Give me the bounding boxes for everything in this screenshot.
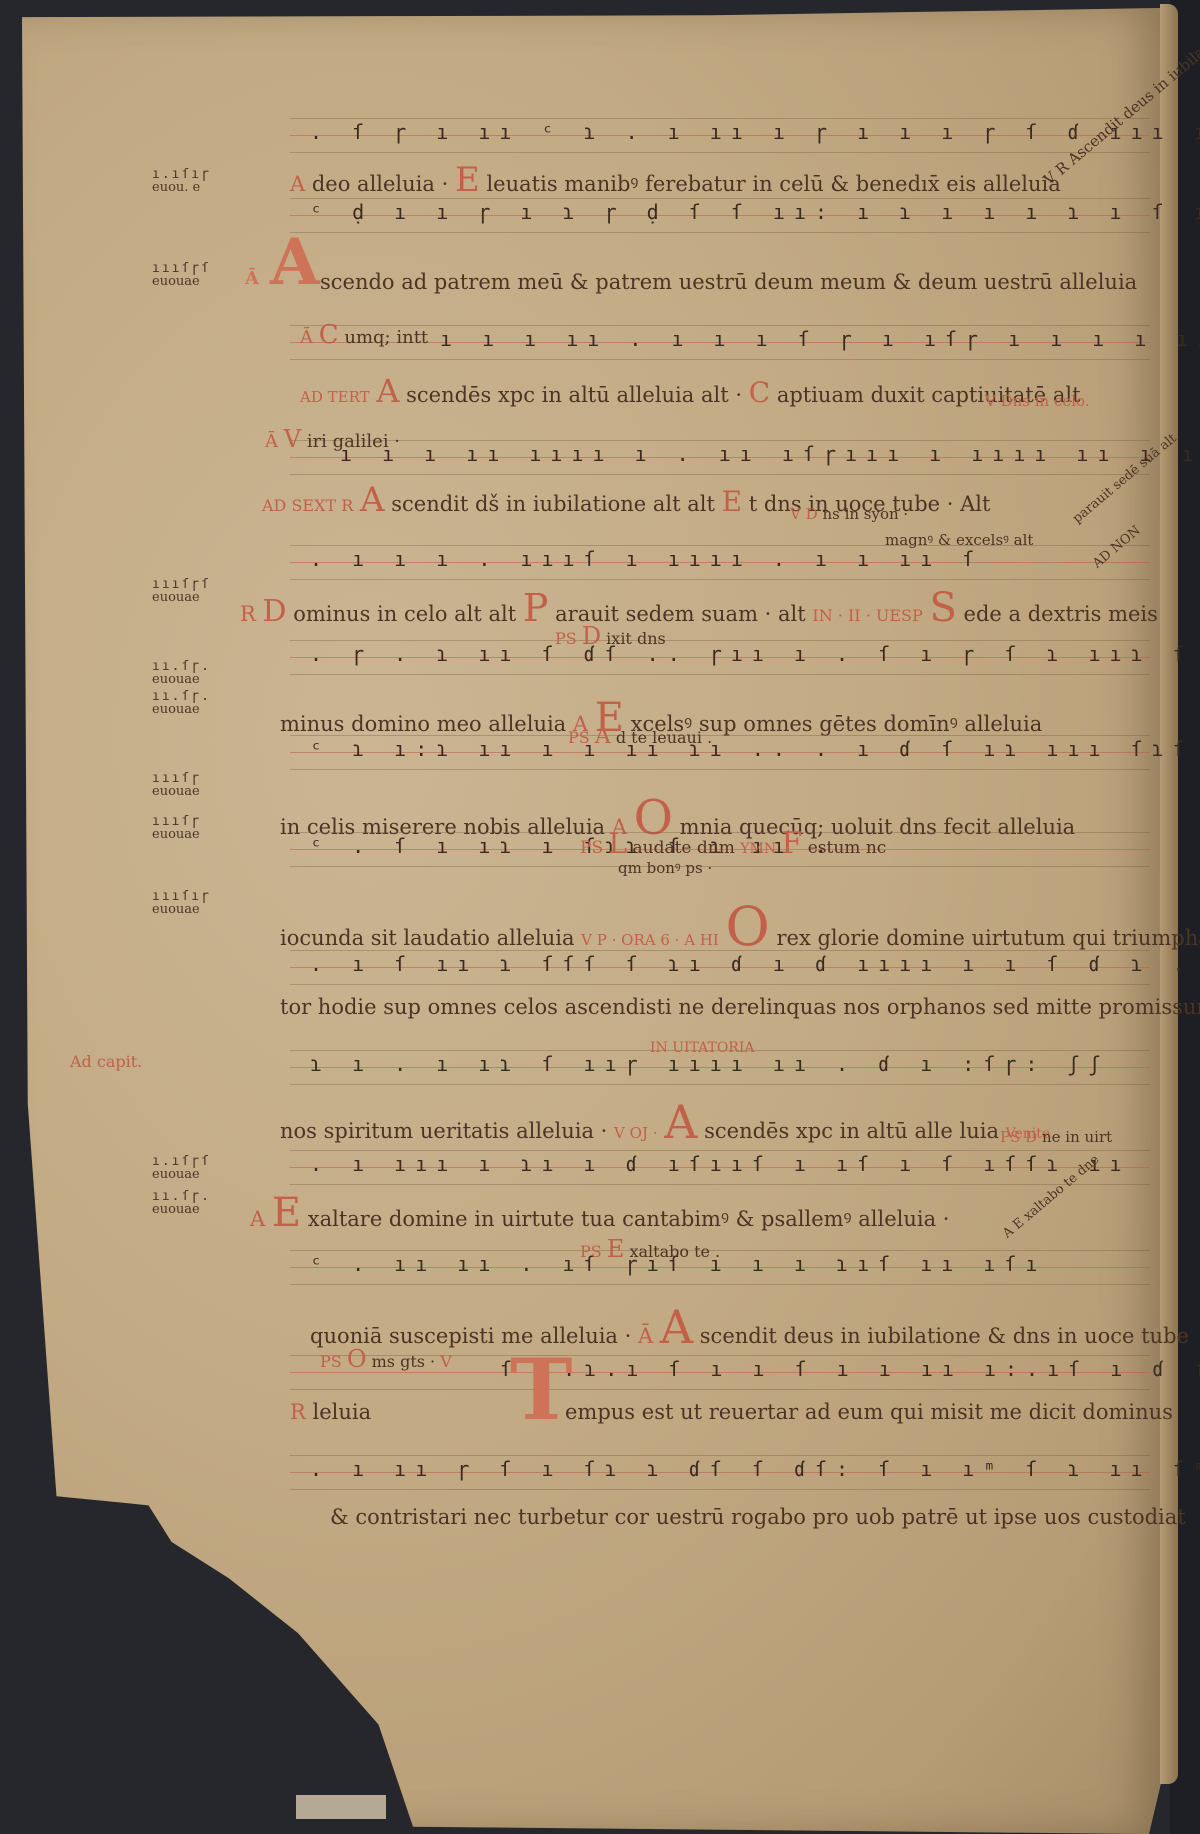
versicle-rubric: V Dns in celo. bbox=[985, 392, 1090, 410]
initial-letter: E bbox=[722, 485, 742, 518]
chant-text: qm bonꝰ ps · bbox=[618, 858, 712, 878]
office-rubric: AD TERT bbox=[300, 388, 370, 406]
psalm-rubric: PS bbox=[320, 1352, 342, 1371]
initial-letter-large: T bbox=[510, 1340, 573, 1439]
chant-text: scendit deus in iubilatione & dns in uoc… bbox=[700, 1324, 1189, 1348]
chant-text: ne in uirt bbox=[1042, 1128, 1112, 1146]
repair-tape bbox=[296, 1795, 386, 1819]
neumes: . ı ı ı . ıııſ ı ıııı . ı ı ıı ſ bbox=[310, 547, 983, 571]
office-rubric: V P · ORA 6 · A HI bbox=[581, 931, 719, 949]
neumes: . ı ſ ıı ɿ ſſſ ſ ɿı ɗ ı ɗ ıııı ı ı ſ ɗ ɿ… bbox=[310, 952, 1200, 976]
office-rubric: AD SEXT R bbox=[262, 496, 353, 515]
margin-differentia: ı.ıſıɼeuou. e bbox=[152, 168, 211, 194]
chant-text: minus domino meo alleluia bbox=[280, 712, 566, 736]
chant-text: nos spiritum ueritatis alleluia · bbox=[280, 1119, 607, 1143]
antiphon-rubric: A bbox=[290, 172, 305, 196]
margin-differentia: ıııſıɼeuouae bbox=[152, 890, 211, 916]
initial-letter: L bbox=[609, 827, 628, 860]
chant-text: ns in syon · bbox=[822, 505, 908, 523]
versicle-rubric: V bbox=[790, 505, 801, 523]
chant-text: ede a dextris meis bbox=[964, 602, 1158, 626]
psalm-rubric: PS bbox=[555, 629, 577, 648]
margin-differentia: ıııſɼeuouae bbox=[152, 815, 201, 841]
chant-text: ominus in celo alt alt bbox=[293, 602, 516, 626]
initial-letter: A bbox=[595, 724, 611, 749]
psalm-rubric: PS bbox=[580, 838, 603, 858]
neumes: ᶜ ɿ ı:ɿ ıı ı ı ıı ɿı .. . ı ɗ ſ ıɿ ııı ſ… bbox=[310, 737, 1200, 761]
antiphon-rubric: A bbox=[250, 1207, 265, 1231]
versicle-rubric: V OJ · bbox=[614, 1124, 657, 1142]
chant-text: & contristari nec turbetur cor uestrū ro… bbox=[330, 1505, 1186, 1529]
antiphon-rubric: Ā bbox=[638, 1324, 653, 1348]
initial-letter: O bbox=[726, 895, 770, 958]
margin-differentia: ıı.ſɼ.euouae bbox=[152, 690, 211, 716]
initial-letter: A bbox=[660, 1300, 693, 1354]
versicle-rubric: V bbox=[440, 1352, 452, 1371]
antiphon-rubric: Ā bbox=[245, 268, 259, 289]
initial-letter: P bbox=[523, 586, 549, 630]
initial-letter: E bbox=[455, 160, 480, 200]
initial-letter: O bbox=[347, 1345, 367, 1373]
responsory-rubric: R bbox=[290, 1400, 306, 1424]
initial-letter-large: A bbox=[270, 225, 320, 300]
psalm-rubric: PS bbox=[580, 1242, 602, 1261]
initial-letter: D bbox=[1025, 1128, 1037, 1146]
initial-letter: V bbox=[284, 425, 301, 453]
margin-differentia: ıııſɼſeuouae bbox=[152, 578, 211, 604]
chant-text: scendo ad patrem meū & patrem uestrū deu… bbox=[320, 270, 1137, 294]
neumes: ı ı ı ıı . ı ı ı ſ ɼ ı ıſɼ ı ı ı ı ıı ı … bbox=[440, 327, 1200, 351]
chant-text: d te leuaui . bbox=[616, 728, 712, 747]
hymn-rubric: YMN bbox=[740, 841, 776, 857]
chant-text: magnꝰ & excelsꝰ alt bbox=[885, 530, 1033, 550]
neumes: ı ı ı ıı ıııı ı . ıı ıſɼııı ı ıııı ıı ı … bbox=[340, 442, 1200, 466]
margin-differentia: ıı.ſɼ.euouae bbox=[152, 660, 211, 686]
margin-differentia: ıı.ſɼ.euouae bbox=[152, 1190, 211, 1216]
chant-text: leuatis manibꝰ ferebatur in celū & bened… bbox=[486, 172, 1060, 196]
neumes: ſ ſ:ɿ.ı ſ ı ı ſ ı ı ıı ı:.ıſ ı ɗ ſ bbox=[500, 1357, 1200, 1381]
initial-letter: E bbox=[607, 1235, 625, 1263]
chant-text: scendēs xpc in altū alleluia alt · bbox=[406, 383, 742, 407]
initial-letter: D bbox=[806, 505, 818, 523]
antiphon-rubric: Ā bbox=[300, 327, 313, 348]
responsory-rubric: R bbox=[240, 602, 256, 626]
chant-text: audate dnm bbox=[633, 838, 735, 858]
chant-text: scendit dš in iubilatione alt alt bbox=[391, 492, 715, 516]
neumes: . ſ ɼ ı ıı ᶜ ɿ . ı ıı ı ɼ ı ı ı ɼ ſ ɗ ıı… bbox=[310, 120, 1200, 144]
neumes: . ɼ . ɿ ıı ſ ɗſ .. ɼıı ı . ſ ı ɼ ſ ɿ ııɿ… bbox=[310, 642, 1200, 666]
chant-text: leluia bbox=[313, 1400, 372, 1424]
neumes: ᶜ ḍ ı ı ɼ ı ɿ ɼ ḍ ſ ſ ıı: ı ɿ ı ı ı ɿ ı … bbox=[310, 200, 1200, 224]
initial-letter: D bbox=[263, 594, 287, 629]
initial-letter: S bbox=[929, 585, 956, 631]
psalm-rubric: PS bbox=[1000, 1128, 1020, 1146]
initial-letter: E bbox=[272, 1190, 301, 1236]
invitatory-rubric: IN UITATORIA bbox=[650, 1040, 754, 1056]
margin-differentia: ıııſɼſeuouae bbox=[152, 262, 211, 288]
chant-text: ms gts · bbox=[372, 1352, 436, 1371]
initial-letter: F bbox=[782, 826, 803, 861]
office-rubric: IN · II · UESP bbox=[812, 606, 922, 625]
chant-text: estum nc bbox=[808, 838, 887, 858]
chant-text: iri galilei · bbox=[307, 431, 400, 452]
chant-text: xaltare domine in uirtute tua cantabimꝰ … bbox=[308, 1207, 950, 1231]
chant-text: xaltabo te . bbox=[629, 1242, 720, 1261]
margin-differentia: ı.ıſɼſeuouae bbox=[152, 1155, 211, 1181]
chant-text: umq; intt bbox=[344, 327, 428, 348]
psalm-rubric: PS bbox=[568, 728, 590, 747]
neumes: . ı ıı ɼ ſ ı ſɿ ɿ ɗſ ſ ɗſ: ſ ı ıᵐ ſ ɿ ıı… bbox=[310, 1457, 1200, 1481]
initial-letter: A bbox=[360, 480, 385, 520]
chant-text: rex glorie domine uirtutum qui triumphat… bbox=[776, 926, 1200, 950]
margin-rubric: Ad capit. bbox=[70, 1055, 142, 1068]
antiphon-rubric: Ā bbox=[265, 431, 278, 452]
neumes: . ı ııı ı ɿı ı ɗ ıſııſ ı ıſ ı ſ ıſſɿ ıı bbox=[310, 1152, 1131, 1176]
initial-letter: A bbox=[664, 1095, 697, 1149]
initial-letter: C bbox=[319, 320, 339, 350]
initial-letter: D bbox=[582, 622, 601, 650]
chant-text: iocunda sit laudatio alleluia bbox=[280, 926, 574, 950]
chant-text: scendēs xpc in altū alle luia bbox=[704, 1119, 999, 1143]
initial-letter: C bbox=[749, 376, 770, 409]
chant-text: empus est ut reuertar ad eum qui misit m… bbox=[565, 1400, 1173, 1424]
chant-text: tor hodie sup omnes celos ascendisti ne … bbox=[280, 995, 1200, 1019]
margin-differentia: ıııſɼeuouae bbox=[152, 772, 201, 798]
chant-text: deo alleluia · bbox=[312, 172, 448, 196]
chant-text: ixit dns bbox=[606, 629, 666, 648]
initial-letter: A bbox=[376, 372, 399, 410]
